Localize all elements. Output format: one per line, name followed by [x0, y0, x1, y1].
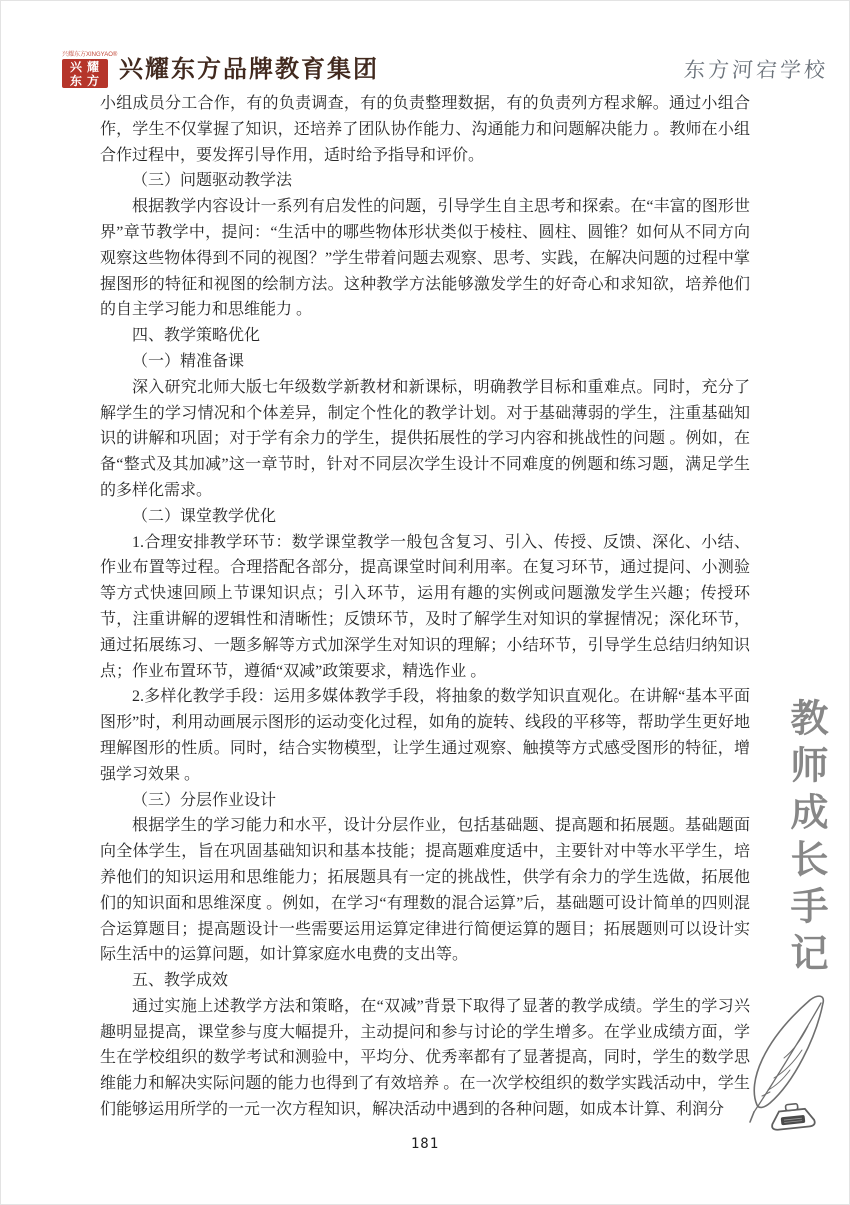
red-seal-stamp-icon: 兴耀东方 [62, 59, 108, 88]
paragraph: （三）分层作业设计 [100, 788, 750, 814]
document-page: 兴耀东方XINGYAO® 兴耀东方 兴耀东方品牌教育集团 东方河宕学校 小组成员… [0, 0, 850, 1205]
paragraph: 2.多样化教学手段：运用多媒体教学手段，将抽象的数学知识直观化。在讲解“基本平面… [100, 684, 750, 787]
brand-logo-group: 兴耀东方XINGYAO® 兴耀东方 兴耀东方品牌教育集团 [62, 52, 379, 88]
paragraph: （二）课堂教学优化 [100, 504, 750, 530]
document-body: 小组成员分工合作，有的负责调查，有的负责整理数据，有的负责列方程求解。通过小组合… [100, 91, 750, 1123]
page-number: 181 [0, 1136, 850, 1152]
paragraph: 小组成员分工合作，有的负责调查，有的负责整理数据，有的负责列方程求解。通过小组合… [100, 91, 750, 168]
paragraph: 根据教学内容设计一系列有启发性的问题，引导学生自主思考和探索。在“丰富的图形世界… [100, 194, 750, 323]
vertical-title: 教师成长手记 [786, 698, 824, 980]
seal-caption-text: 兴耀东方XINGYAO® [62, 52, 117, 59]
paragraph: 深入研究北师大版七年级数学新教材和新课标，明确教学目标和重难点。同时，充分了解学… [100, 375, 750, 504]
paragraph: 根据学生的学习能力和水平，设计分层作业，包括基础题、提高题和拓展题。基础题面向全… [100, 813, 750, 968]
quill-ink-icon [740, 992, 834, 1134]
paragraph: 五、教学成效 [100, 968, 750, 994]
paragraph: 1.合理安排教学环节：数学课堂教学一般包含复习、引入、传授、反馈、深化、小结、作… [100, 530, 750, 685]
brand-seal: 兴耀东方XINGYAO® 兴耀东方 [62, 52, 112, 88]
paragraph: （一）精准备课 [100, 349, 750, 375]
paragraph: 四、教学策略优化 [100, 323, 750, 349]
page-header: 兴耀东方XINGYAO® 兴耀东方 兴耀东方品牌教育集团 东方河宕学校 [62, 48, 828, 92]
brand-name: 兴耀东方品牌教育集团 [119, 58, 379, 82]
paragraph: （三）问题驱动教学法 [100, 168, 750, 194]
school-name: 东方河宕学校 [683, 60, 828, 81]
paragraph: 通过实施上述教学方法和策略，在“双减”背景下取得了显著的教学成绩。学生的学习兴趣… [100, 994, 750, 1123]
